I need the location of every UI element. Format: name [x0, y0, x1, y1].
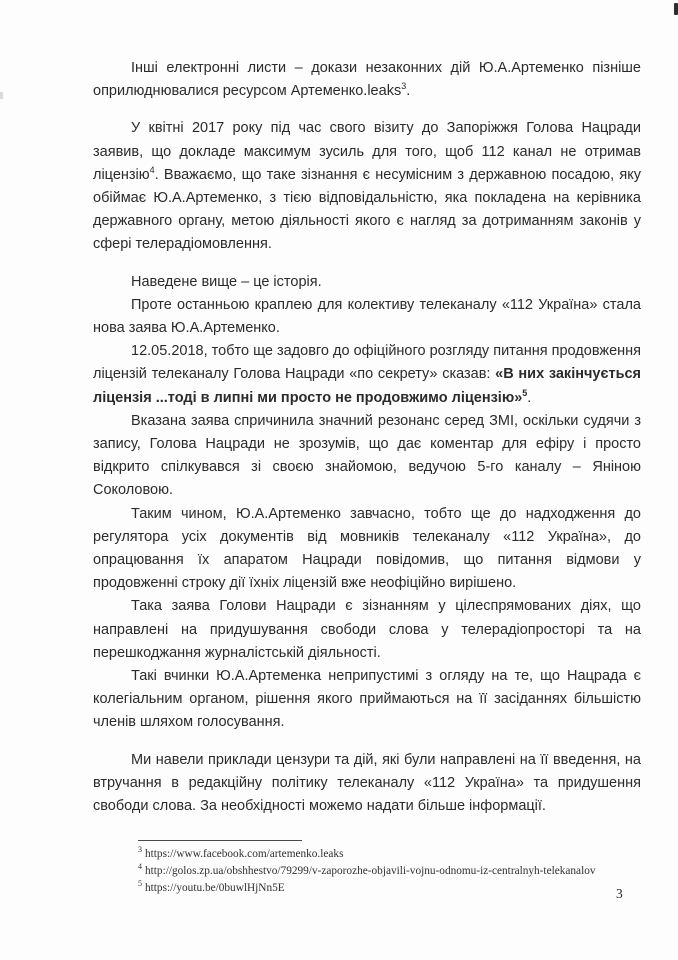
document-body: Інші електронні листи – докази незаконни… [93, 57, 641, 818]
footnote-item-3: 3https://www.facebook.com/artemenko.leak… [138, 846, 648, 863]
paragraph-3: Наведене вище – це історія. [93, 271, 641, 294]
paragraph-5-end: . [527, 390, 531, 406]
footnote-url: https://www.facebook.com/artemenko.leaks [145, 848, 343, 860]
scan-artifact-left-edge [0, 92, 3, 99]
paragraph-5: 12.05.2018, тобто ще задовго до офіційно… [93, 340, 641, 410]
paragraph-8: Така заява Голови Нацради є зізнанням у … [93, 595, 641, 665]
scanned-document-page: Інші електронні листи – докази незаконни… [0, 0, 678, 960]
paragraph-2: У квітні 2017 року під час свого візиту … [93, 117, 641, 256]
footnote-separator [138, 840, 302, 841]
paragraph-6: Вказана заява спричинила значний резонан… [93, 410, 641, 503]
footnote-number: 4 [138, 862, 142, 871]
paragraph-10-text: Ми навели приклади цензури та дій, які б… [93, 752, 641, 814]
paragraph-9: Такі вчинки Ю.А.Артеменка неприпустимі з… [93, 665, 641, 735]
paragraph-6-text: Вказана заява спричинила значний резонан… [93, 413, 641, 499]
paragraph-1-text: Інші електронні листи – докази незаконни… [93, 60, 641, 99]
paragraph-1: Інші електронні листи – докази незаконни… [93, 57, 641, 103]
paragraph-3-text: Наведене вище – це історія. [131, 274, 322, 290]
paragraph-1-end: . [406, 83, 410, 99]
paragraph-2-continuation: . Вважаємо, що таке зізнання є несумісни… [93, 167, 641, 253]
paragraph-9-text: Такі вчинки Ю.А.Артеменка неприпустимі з… [93, 668, 641, 730]
footnote-url: http://golos.zp.ua/obshhestvo/79299/v-za… [145, 865, 596, 877]
footnote-url: https://youtu.be/0buwlHjNn5E [145, 882, 285, 894]
footnote-number: 5 [138, 879, 142, 888]
footnotes-section: 3https://www.facebook.com/artemenko.leak… [138, 840, 648, 897]
footnote-number: 3 [138, 845, 142, 854]
paragraph-7: Таким чином, Ю.А.Артеменко завчасно, тоб… [93, 503, 641, 596]
page-number: 3 [616, 886, 623, 902]
paragraph-4: Проте останньою краплею для колективу те… [93, 294, 641, 340]
paragraph-10: Ми навели приклади цензури та дій, які б… [93, 749, 641, 819]
paragraph-7-text: Таким чином, Ю.А.Артеменко завчасно, тоб… [93, 506, 641, 592]
paragraph-8-text: Така заява Голови Нацради є зізнанням у … [93, 598, 641, 660]
scan-artifact-top-right [674, 3, 678, 15]
footnote-item-5: 5https://youtu.be/0buwlHjNn5E [138, 880, 648, 897]
footnote-item-4: 4http://golos.zp.ua/obshhestvo/79299/v-z… [138, 863, 648, 880]
paragraph-4-text: Проте останньою краплею для колективу те… [93, 297, 641, 336]
